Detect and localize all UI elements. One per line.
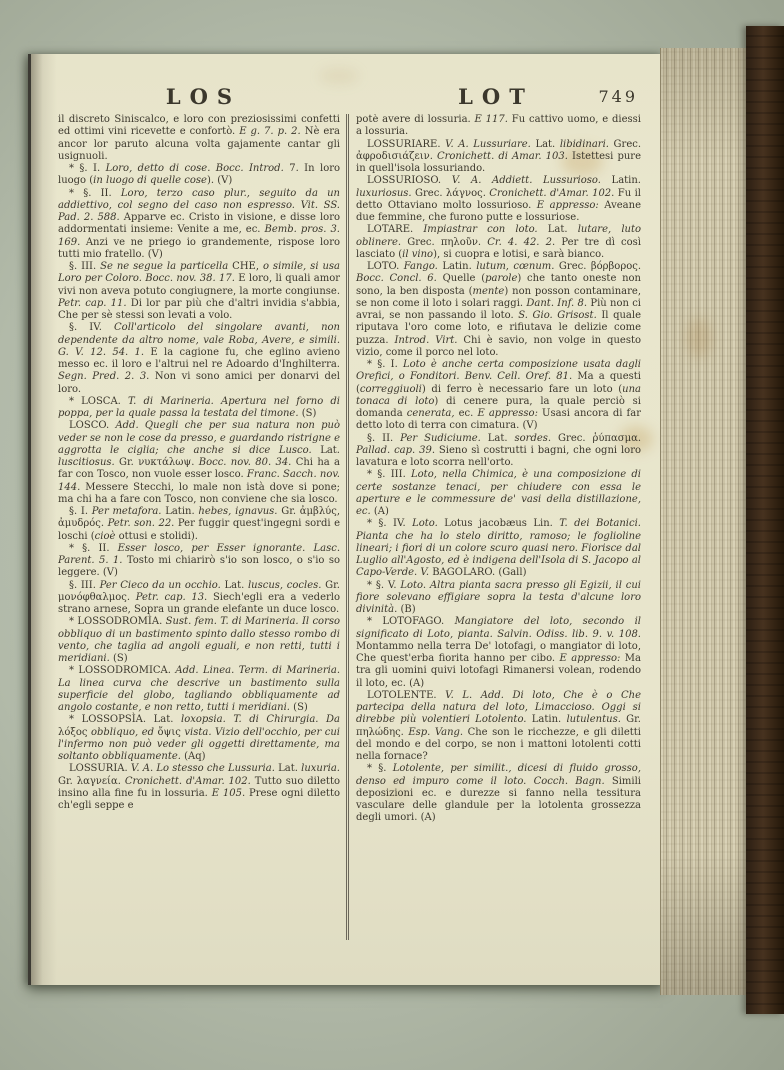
italic-text-run: E g. 7. p. 2. [239,126,304,137]
scanned-book-photo: LOS LOT 749 il discreto Siniscalco, e lo… [0,0,784,1070]
text-run: Gr. λαγνεία. [58,776,125,787]
dictionary-paragraph: §. III. Se ne segue la particella CHE, o… [58,261,340,322]
dictionary-paragraph: * §. V. Loto. Altra pianta sacra presso … [356,580,641,617]
italic-text-run: V. A. Lo stesso che Lussuria. [131,763,278,774]
italic-text-run: libidinari. [560,139,614,150]
page-gutter-shadow [31,54,57,985]
text-run: Latin. [442,261,476,272]
italic-text-run: E appresso: [560,653,625,664]
dictionary-paragraph: * LOSCA. T. di Marineria. Apertura nel f… [58,396,340,421]
italic-text-run: parole [485,273,517,284]
text-run: §. II. [367,433,400,444]
text-run: LOTO. [367,261,404,272]
italic-text-run: Cronichett. di Amar. 103. [437,151,572,162]
italic-text-run: mente [473,286,505,297]
text-run: ), si cuopra e lotisi, e sarà bianco. [433,249,604,260]
text-run: Quelle ( [443,273,486,284]
italic-text-run: il vino [402,249,433,260]
dictionary-paragraph: * LOSSOPSÌA. Lat. loxopsia. T. di Chirur… [58,714,340,763]
text-run: BAGOLARO. (Gall) [432,567,526,578]
text-run: Grec. βόρβορος. [559,261,641,272]
italic-text-run: Lotolente, per similit., dicesi di fluid… [356,763,641,786]
dictionary-paragraph: * §. III. Loto, nella Chimica, è una com… [356,469,641,518]
italic-text-run: luscitiosus. [58,457,119,468]
page-header: LOS LOT 749 [58,84,638,112]
age-stain [319,68,359,84]
dictionary-paragraph: §. IV. Coll'articolo del singolare avant… [58,322,340,396]
italic-text-run: Se ne segue la particella [100,261,232,272]
italic-text-run: E appresso: [537,200,604,211]
dictionary-paragraph: * §. I. Loto è anche certa composizione … [356,359,641,433]
text-run: (Aq) [184,751,205,762]
italic-text-run: Segn. Pred. 2. 3. [58,371,155,382]
italic-text-run: Bocc. nov. 80. 34. [199,457,296,468]
text-run: Latin. [612,175,641,186]
dictionary-paragraph: §. III. Per Cieco da un occhio. Lat. lus… [58,580,340,617]
italic-text-run: lutum, cœnum. [476,261,559,272]
text-run: LOSSURIARE. [367,139,445,150]
text-run: (S) [113,653,128,664]
running-title-left: LOS [58,84,340,109]
text-run: * §. II. [69,543,118,554]
text-run: Messere Stecchi, lo male non istà dove s… [58,482,340,505]
dictionary-paragraph: * §. IV. Loto. Lotus jacobæus Lin. T. de… [356,518,641,579]
dictionary-paragraph: §. I. Per metafora. Latin. hebes, ignavu… [58,506,340,543]
italic-text-run: luscus, cocles. [248,580,325,591]
italic-text-run: Cr. 4. 42. 2. [487,237,561,248]
italic-text-run: lutulentus. [566,714,626,725]
text-run: Lat. [225,580,248,591]
book-page: LOS LOT 749 il discreto Siniscalco, e lo… [28,54,663,985]
text-run: §. III. [69,261,100,272]
italic-text-run: Dant. Inf. 8. [526,298,590,309]
italic-text-run: Fango. [404,261,443,272]
text-run: ) di ferro è necessario fare un loto ( [422,384,622,395]
italic-text-run: correggiuoli [360,384,422,395]
italic-text-run: S. Gio. Grisost. [518,310,601,321]
italic-text-run: obbliquo, ed [91,727,158,738]
text-run: §. I. [69,506,92,517]
italic-text-run: Per Cieco da un occhio. [100,580,225,591]
italic-text-run: sordes. [515,433,559,444]
dictionary-paragraph: * §. II. Esser losco, per Esser ignorant… [58,543,340,580]
italic-text-run: Pallad. cap. 39. [356,445,439,456]
text-run: LOSSURIA. [69,763,131,774]
italic-text-run: Petr. son. 22. [108,518,178,529]
italic-text-run: Per metafora. [92,506,165,517]
text-run: * §. V. [367,580,400,591]
text-run: LOSCO. [69,420,115,431]
dictionary-paragraph: LOTOLENTE. V. L. Add. Di loto, Che è o C… [356,690,641,764]
italic-text-run: Cronichett. d'Amar. 102. [489,188,617,199]
dictionary-paragraph: LOSSURIARE. V. A. Lussuriare. Lat. libid… [356,139,641,176]
book-fore-edge-pages [660,48,747,995]
text-run: * §. II. [69,188,121,199]
italic-text-run: Loto. [412,518,444,529]
italic-text-run: Loro, detto di cose. Bocc. Introd. [106,163,290,174]
text-run: Lat. [488,433,515,444]
italic-text-run: luxuria. [301,763,340,774]
italic-text-run: Per Sudiciume. [400,433,488,444]
text-run: λόξος [58,727,91,738]
text-run: §. IV. [69,322,114,333]
italic-text-run: E 117. [475,114,512,125]
text-run: CHE, [232,261,263,272]
text-run: Grec. ῥύπασμα. [558,433,641,444]
italic-text-run: hebes, ignavus. [198,506,281,517]
text-run: * LOSCA. [69,396,128,407]
dictionary-paragraph: LOSSURIOSO. V. A. Addiett. Lussurioso. L… [356,175,641,224]
right-column: potè avere di lossuria. E 117. Fu cattiv… [346,114,641,940]
dictionary-paragraph: * §. I. Loro, detto di cose. Bocc. Intro… [58,163,340,188]
italic-text-run: cenerata, [407,408,459,419]
text-run: (A) [374,506,389,517]
italic-text-run: luxuriosus. [356,188,415,199]
text-run: (S) [302,408,317,419]
text-run: ). (V) [207,175,232,186]
text-run: Lotus jacobæus Lin. [444,518,559,529]
text-run: * §. [367,763,393,774]
text-run: Latin. [532,714,567,725]
running-title-right: LOT [354,84,638,109]
fore-edge-shading [661,48,747,995]
italic-text-run: V. A. Lussuriare. [445,139,535,150]
dictionary-paragraph: §. II. Per Sudiciume. Lat. sordes. Grec.… [356,433,641,470]
dictionary-paragraph: * LOSSODROMÌA. Sust. fem. T. di Marineri… [58,616,340,665]
text-run: * LOSSOPSÌA. Lat. [69,714,181,725]
text-run: * §. I. [69,163,106,174]
dictionary-paragraph: * §. Lotolente, per similit., dicesi di … [356,763,641,824]
italic-text-run: V. A. Addiett. Lussurioso. [452,175,612,186]
text-run: Grec. πηλοῦν. [407,237,487,248]
book-cover-edge [746,26,784,1014]
text-run: §. III. [69,580,100,591]
text-run: * LOTOFAGO. [367,616,455,627]
italic-text-run: Esp. Vang. [408,727,467,738]
italic-text-run: Petr. cap. 11. [58,298,131,309]
dictionary-paragraph: il discreto Siniscalco, e loro con prezi… [58,114,340,163]
text-run: * LOSSODROMICA. [69,665,175,676]
italic-text-run: Petr. cap. 13. [136,592,213,603]
dictionary-paragraph: potè avere di lossuria. E 117. Fu cattiv… [356,114,641,139]
text-run: ec. [459,408,478,419]
text-columns: il discreto Siniscalco, e loro con prezi… [58,114,641,940]
text-run: (S) [293,702,308,713]
text-run: * §. I. [367,359,403,370]
italic-text-run: in luogo di quelle cose [93,175,207,186]
text-run: LOSSURIOSO. [367,175,452,186]
text-run: Lat. [548,224,578,235]
text-run: (B) [400,604,415,615]
dictionary-paragraph: LOSCO. Add. Quegli che per sua natura no… [58,420,340,506]
text-run: Lat. [320,445,340,456]
left-column: il discreto Siniscalco, e loro con prezi… [58,114,340,940]
dictionary-paragraph: * LOSSODROMICA. Add. Linea. Term. di Mar… [58,665,340,714]
text-run: * LOSSODROMÌA. [69,616,166,627]
dictionary-paragraph: LOSSURIA. V. A. Lo stesso che Lussuria. … [58,763,340,812]
dictionary-paragraph: LOTARE. Impiastrar con loto. Lat. lutare… [356,224,641,261]
text-run: LOTOLENTE. [367,690,445,701]
italic-text-run: Introd. Virt. [394,335,463,346]
text-run: * §. III. [367,469,411,480]
text-run: Gr. νυκτάλωψ. [119,457,199,468]
text-run: Lat. [278,763,301,774]
text-run: Latin. [165,506,198,517]
italic-text-run: E appresso: [477,408,542,419]
italic-text-run: Cronichett. d'Amar. 102. [125,776,255,787]
italic-text-run: Impiastrar con loto. [423,224,547,235]
text-run: Lat. [535,139,559,150]
text-run: Grec. λάγνος. [415,188,489,199]
italic-text-run: loxopsia. T. di Chirurgia. Da [181,714,340,725]
italic-text-run: E 105. [212,788,249,799]
text-run: potè avere di lossuria. [356,114,475,125]
text-run: ottusi e stolidi). [119,531,198,542]
text-run: Anzi ve ne priego io grandemente, rispos… [58,237,340,260]
text-run: LOTARE. [367,224,423,235]
dictionary-paragraph: LOTO. Fango. Latin. lutum, cœnum. Grec. … [356,261,641,359]
dictionary-paragraph: * LOTOFAGO. Mangiatore del loto, secondo… [356,616,641,690]
page-number: 749 [598,87,638,106]
text-run: * §. IV. [367,518,412,529]
italic-text-run: cioè [95,531,119,542]
text-run: ὄψις [158,727,185,738]
dictionary-paragraph: * §. II. Loro, terzo caso plur., seguito… [58,188,340,262]
italic-text-run: Bocc. Concl. 6. [356,273,443,284]
